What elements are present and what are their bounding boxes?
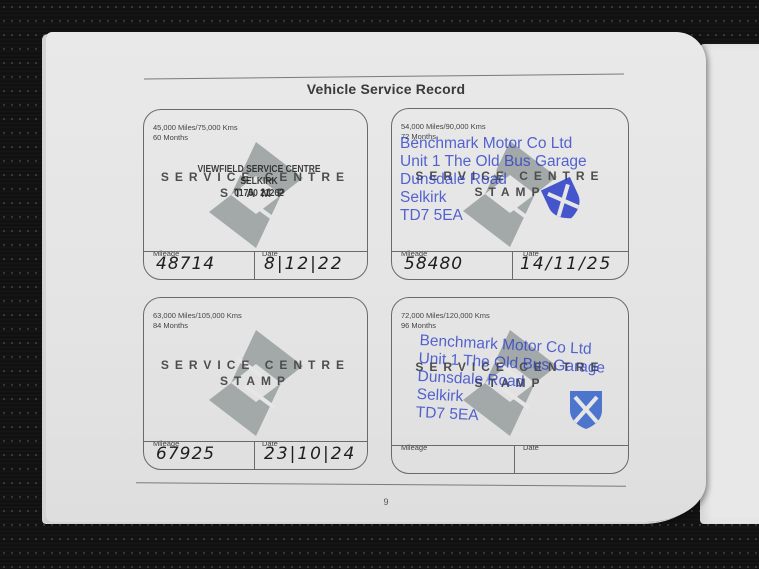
- divider: [514, 446, 515, 473]
- divider: [254, 252, 255, 279]
- interval-distance: 72,000 Miles/120,000 Kms: [401, 311, 490, 321]
- bottom-rule: [136, 482, 626, 486]
- date-value: 14/11/25: [520, 254, 612, 274]
- interval-distance: 54,000 Miles/90,000 Kms: [401, 122, 486, 132]
- date-value: 8|12|22: [264, 254, 344, 274]
- saltire-shield-icon: [567, 388, 605, 430]
- stamp-line: SELKIRK: [195, 176, 323, 188]
- page-title: Vehicle Service Record: [46, 81, 716, 97]
- page-number: 9: [46, 497, 716, 507]
- divider: [512, 252, 513, 279]
- entry-row: 48714 8|12|22: [144, 251, 367, 279]
- service-box-2: 54,000 Miles/90,000 Kms 72 Months SERVIC…: [391, 108, 629, 280]
- mileage-value: 58480: [404, 254, 463, 274]
- top-rule: [144, 73, 624, 79]
- stamp-line: 01750 21262: [195, 188, 323, 200]
- service-box-3: 63,000 Miles/105,000 Kms 84 Months SERVI…: [143, 297, 368, 470]
- placeholder-line2: STAMP: [144, 374, 367, 388]
- facing-page: [700, 44, 759, 524]
- mileage-value: 67925: [156, 444, 215, 464]
- placeholder-line1: SERVICE CENTRE: [144, 358, 367, 372]
- service-box-4: 72,000 Miles/120,000 Kms 96 Months SERVI…: [391, 297, 629, 474]
- interval-distance: 45,000 Miles/75,000 Kms: [153, 123, 238, 133]
- stamp-line: Benchmark Motor Co Ltd: [400, 135, 587, 153]
- stamp-line: VIEWFIELD SERVICE CENTRE: [195, 164, 323, 176]
- interval-distance: 63,000 Miles/105,000 Kms: [153, 311, 242, 321]
- date-value: 23|10|24: [264, 444, 356, 464]
- entry-row: 67925 23|10|24: [144, 441, 367, 469]
- dealer-stamp: VIEWFIELD SERVICE CENTRE SELKIRK 01750 2…: [195, 164, 323, 200]
- stamp-line: Unit 1 The Old Bus Garage: [400, 153, 587, 171]
- service-box-1: 45,000 Miles/75,000 Kms 60 Months SERVIC…: [143, 109, 368, 280]
- mileage-value: 48714: [156, 254, 215, 274]
- entry-row: [392, 445, 628, 473]
- service-book-page: Vehicle Service Record 45,000 Miles/75,0…: [46, 32, 706, 522]
- entry-row: 58480 14/11/25: [392, 251, 628, 279]
- divider: [254, 442, 255, 469]
